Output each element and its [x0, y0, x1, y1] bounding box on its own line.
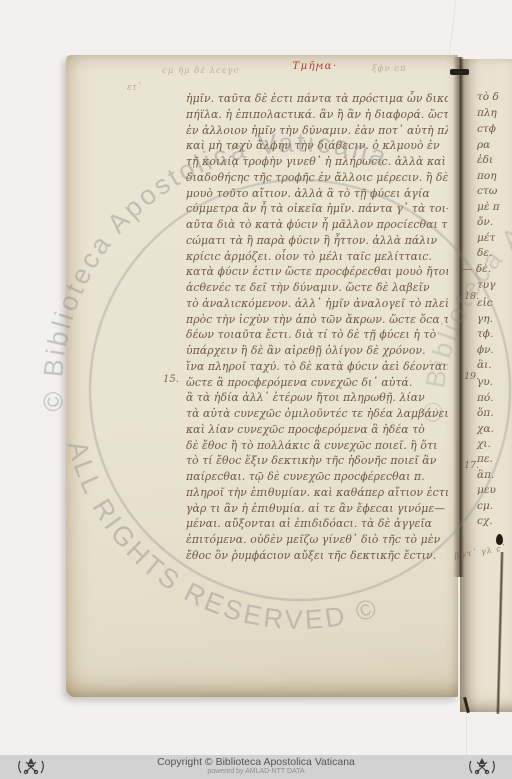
right-page-text-fragment: εἰϲ — [477, 296, 493, 310]
right-page-text-fragment: ϕν. — [477, 343, 494, 357]
right-page-text-fragment: ϲχ. — [477, 514, 493, 528]
manuscript-text-line: ἔθοϲ ὂν ῥυμϕάϲιον αὔξει τῆϲ δεκτικῆϲ ἔϲτ… — [186, 548, 448, 564]
right-page-text-fragment: ὄν. — [477, 215, 493, 229]
manuscript-text-line: δὲ ἔθοϲ ἢ τὸ πολλάκιϲ ἃ ϲυνεχῶϲ ποιεῖ. ἢ… — [186, 438, 448, 454]
footer-bar: Copyright © Biblioteca Apostolica Vatica… — [0, 755, 512, 779]
binding-gutter-shadow — [453, 57, 464, 577]
vatican-emblem-icon — [468, 757, 496, 777]
manuscript-text-line: αῦτα διὰ τὸ κατὰ ϕύϲιν ἦ μᾶλλον προϲίεϲθ… — [186, 217, 448, 233]
right-page-text-fragment: ἃπ. — [477, 468, 494, 482]
right-page-text-fragment: ρα — [477, 138, 490, 152]
manuscript-text-line: πληροῖ τὴν ἐπιθυμίαν. καὶ καθάπερ αἴτιον… — [186, 485, 448, 501]
margin-number-15: 15. — [163, 374, 179, 385]
manuscript-text-line: ἡμῖν. ταῦτα δὲ ἐϲτι πάντα τὰ πρόϲτιμα ὧν… — [186, 91, 448, 107]
manuscript-text-line: γὰρ τι ἂν ἡ ἐπιθυμία. αἱ τε ἂν ἔϕεϲαι γι… — [186, 501, 448, 517]
manuscript-text-line: διαδοθήϲηϲ τῆϲ τροϕῆϲ ἐν ἄλλοιϲ μέρεϲιν.… — [186, 170, 448, 186]
manuscript-text-line: ἐπιτόμενα. οὐδὲν μεῖζω γίνεθ᾽ διὸ τῆϲ τὸ… — [186, 532, 448, 548]
right-page-text-fragment: γυ. — [477, 375, 493, 389]
manuscript-text-line: ϲώματι τὰ ἢ παρὰ ϕύϲιν ἢ ἧττον. ἀλλὰ πάλ… — [186, 233, 448, 249]
right-page-text-fragment: ποη — [477, 169, 497, 183]
footer-powered-by-text: powered by AMLAD-NTT DATA — [0, 768, 512, 776]
right-page-text-fragment: πλη — [477, 106, 497, 120]
greek-text-block: ἡμῖν. ταῦτα δὲ ἐϲτι πάντα τὰ πρόϲτιμα ὧν… — [186, 91, 448, 567]
manuscript-text-line: τὸ ἀναλιϲκόμενον. ἀλλ᾽ ἡμῖν ἀναλογεῖ τὸ … — [186, 296, 448, 312]
right-page-text-fragment: τὸ δ — [477, 90, 499, 104]
right-page-text-fragment: χα. — [477, 422, 494, 436]
gutter-dark-mark — [450, 69, 469, 75]
right-page-text-fragment: γη. — [477, 312, 493, 326]
right-page-text-fragment: ϲμ. — [477, 499, 493, 513]
right-page-text-fragment: τυγ — [477, 278, 495, 292]
right-page-text-fragment: ἑδι — [477, 153, 493, 167]
manuscript-text-line: παίρεϲθαι. τῷ δὲ ϲυνεχῶϲ προϲϕέρεϲθαι π. — [186, 469, 448, 485]
manuscript-text-line: ἀϲθενέϲ τε δεῖ τὴν δύναμιν. ὥϲτε δὲ λαβε… — [186, 280, 448, 296]
footer-copyright-text: Copyright © Biblioteca Apostolica Vatica… — [0, 756, 512, 768]
manuscript-text-line: δέων τοιαῦτα ἔϲτι. διὰ τί τὸ δὲ τῇ ϕύϲει… — [186, 327, 448, 343]
manuscript-text-line: μουὸ τοῦτο αἴτιον. ἀλλὰ ἃ τὸ τῇ ϕύϲει ἁγ… — [186, 186, 448, 202]
faint-margin-mark: ετ᾽ — [127, 83, 141, 93]
manuscript-text-line: ὥϲτε ἃ προϲϕερόμενα ϲυνεχῶϲ δι᾽ αὐτά. — [186, 375, 448, 391]
right-page-text-fragment: μέτ — [477, 231, 495, 245]
manuscript-text-line: τῇ κοιλίᾳ τροϕὴν γινεθ᾽ ἡ πλήρωϲιϲ. ἀλλὰ… — [186, 154, 448, 170]
right-page-margin-number: 18. — [464, 291, 479, 302]
right-page-text-fragment: μευ — [477, 483, 496, 497]
right-page-text-fragment: — δὲ. — [462, 262, 491, 276]
background-crease — [449, 0, 457, 56]
right-page-text-fragment: ὅπ. — [477, 406, 494, 420]
manuscript-text-line: πήϊλα. ἡ ἐπιπολαϲτικά. ἂν ἢ ἂν ἡ διαϕορά… — [186, 107, 448, 123]
manuscript-text-line: καὶ μὴ ταχὺ ἄλϕην τὴν διάθεϲιν. ὁ κλμουὸ… — [186, 138, 448, 154]
bleed-through-text-left: ϲμ ἡμ δὲ λϲεγϲ — [162, 66, 239, 76]
right-page-margin-number: 19. — [464, 371, 479, 382]
right-page-text-fragment: ϲτω — [477, 184, 497, 198]
manuscript-text-line: τὸ τί ἔθοϲ ἕξιν δεκτικὴν τῆϲ ἡδονῆϲ ποιε… — [186, 453, 448, 469]
right-page-text-fragment: ἃι. — [477, 358, 492, 372]
right-page-text-fragment: πε. — [477, 452, 493, 466]
manuscript-text-line: μέναι. αὔξονται αἱ ἐπιδιδόαϲι. τὰ δὲ ἀγγ… — [186, 516, 448, 532]
manuscript-text-line: ἐν ἀλλοιον ἡμῖν τὴν δύναμιν. ἐὰν ποτ᾽ αὐ… — [186, 123, 448, 139]
right-page-text-fragment: δε. — [477, 246, 492, 260]
manuscript-text-line: κατὰ ϕύϲιν ἐϲτιν ὥϲτε προϲϕέρεϲθαι μουὸ … — [186, 264, 448, 280]
manuscript-text-line: ϲύμμετρα ἂν ἦ τὰ οἰκεῖα ἡμῖν. πάντα γ᾽ τ… — [186, 201, 448, 217]
manuscript-text-line: κρίϲιϲ ἁρμόζει. οἷον τὸ μέλι ταῖϲ μελίττ… — [186, 249, 448, 265]
right-page-margin-number: 17. — [464, 460, 479, 471]
manuscript-text-line: ἃ τὰ ἡδία ἀλλ᾽ ἑτέρων ἤτοι πληρωθῇ. λίαν — [186, 390, 448, 406]
right-page-text-fragment: τϕ. — [477, 327, 493, 341]
right-page-text-fragment: ϲτϕ — [477, 122, 496, 136]
manuscript-text-line: πρὸϲ τὴν ἰϲχὺν τὴν ἀπὸ τῶν ἄκρων. ὥϲτε ὅ… — [186, 312, 448, 328]
manuscript-text-line: καὶ λίαν ϲυνεχῶϲ προϲϕερόμενα ἃ ἡδέα τὸ — [186, 422, 448, 438]
right-page-text-fragment: πό. — [477, 391, 494, 405]
manuscript-viewer-image: Τμῆϻα· ϲμ ἡμ δὲ λϲεγϲ ξϕν ϲπ ετ᾽ ἡμῖν. τ… — [0, 0, 512, 779]
right-page-text-fragment: μὲ π — [477, 200, 500, 214]
right-page-text-fragment: χι. — [477, 437, 491, 451]
manuscript-text-line: τὰ αὐτὰ ϲυνεχῶϲ ὁμιλοῦντέϲ τε ἡδέα λαμβά… — [186, 406, 448, 422]
manuscript-text-line: ὑπάρχειν ἢ δὲ ἂν αἱρεθῇ ὀλίγον δὲ χρόνον… — [186, 343, 448, 359]
manuscript-text-line: ἵνα πληροῖ ταχύ. τὸ δὲ κατὰ ϕύϲιν ἀεὶ δέ… — [186, 359, 448, 375]
bleed-through-text-right: ξϕν ϲπ — [372, 64, 407, 74]
